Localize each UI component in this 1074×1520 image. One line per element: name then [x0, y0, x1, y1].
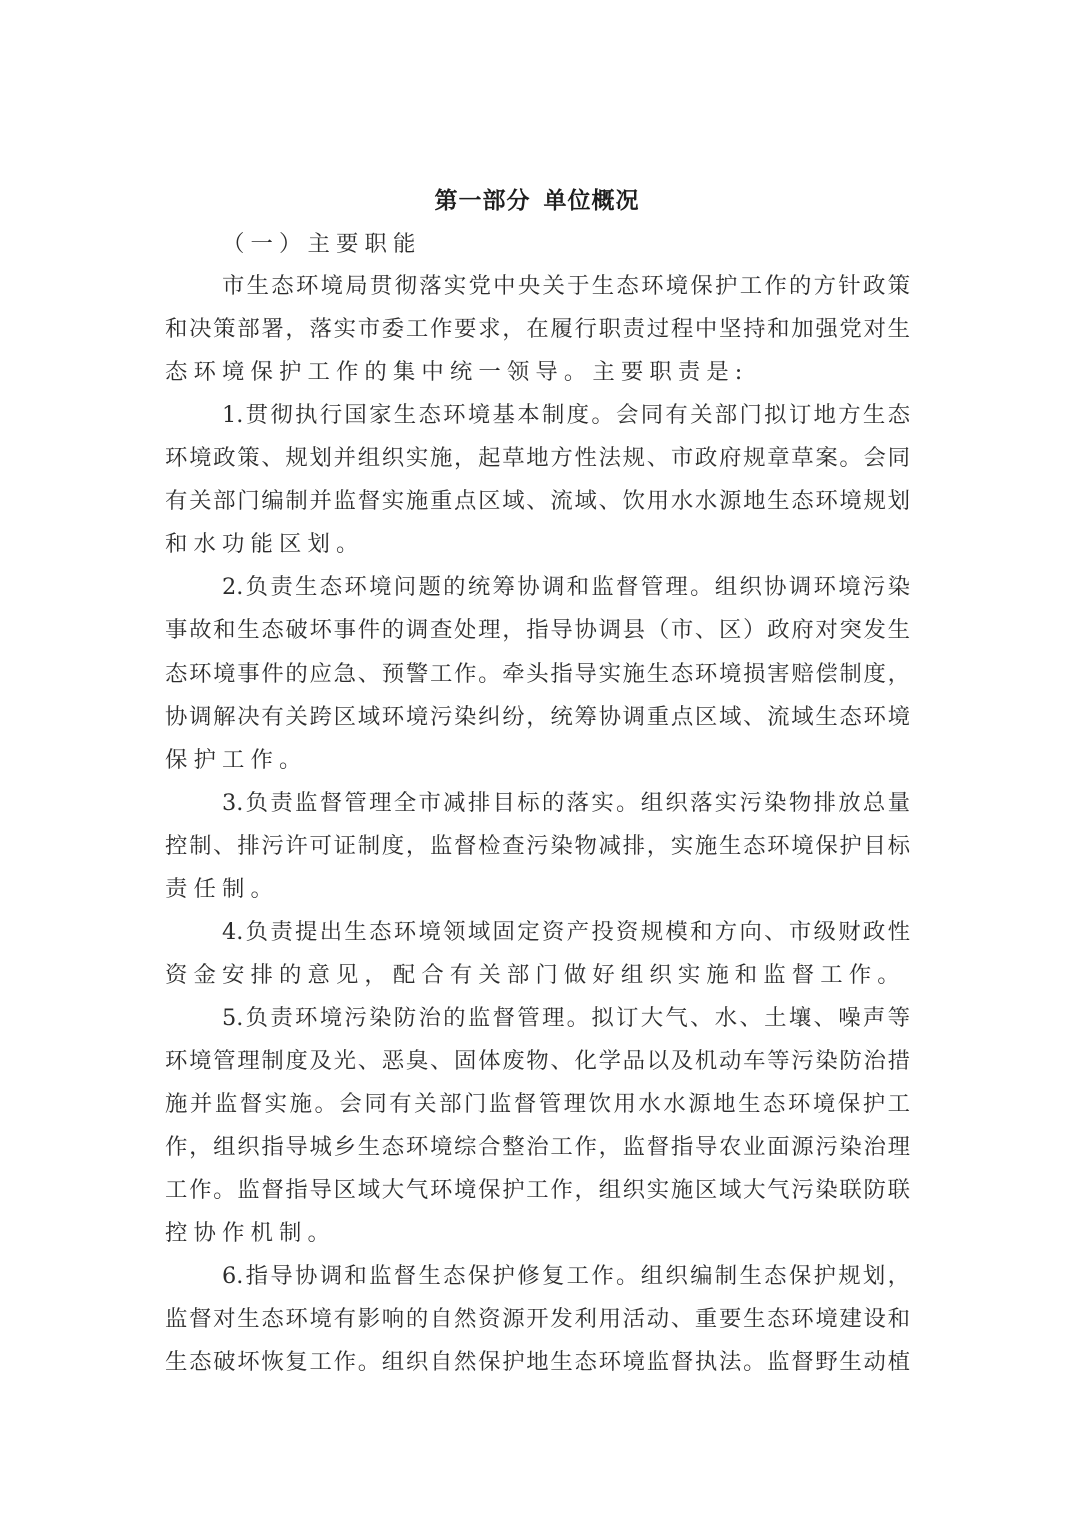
paragraph-line: 3.负责监督管理全市减排目标的落实。组织落实污染物排放总量 — [222, 785, 910, 821]
paragraph-line: 和水功能区划。 — [165, 526, 910, 562]
paragraph-line: 态环境事件的应急、预警工作。牵头指导实施生态环境损害赔偿制度， — [165, 656, 910, 692]
paragraph-line: 6.指导协调和监督生态保护修复工作。组织编制生态保护规划， — [222, 1258, 910, 1294]
paragraph-line: 态环境保护工作的集中统一领导。主要职责是: — [165, 354, 910, 390]
paragraph-line: 控协作机制。 — [165, 1215, 910, 1251]
paragraph-line: 5.负责环境污染防治的监督管理。拟订大气、水、土壤、噪声等 — [222, 1000, 910, 1036]
paragraph-line: 市生态环境局贯彻落实党中央关于生态环境保护工作的方针政策 — [222, 268, 910, 304]
paragraph-line: 和决策部署，落实市委工作要求，在履行职责过程中坚持和加强党对生 — [165, 311, 910, 347]
paragraph-line: 作，组织指导城乡生态环境综合整治工作，监督指导农业面源污染治理 — [165, 1129, 910, 1165]
paragraph-line: 4.负责提出生态环境领域固定资产投资规模和方向、市级财政性 — [222, 914, 910, 950]
paragraph-line: 环境政策、规划并组织实施，起草地方性法规、市政府规章草案。会同 — [165, 440, 910, 476]
document-page: 第一部分 单位概况 （一）主要职能 市生态环境局贯彻落实党中央关于生态环境保护工… — [0, 0, 1074, 1520]
section-heading: （一）主要职能 — [222, 226, 967, 262]
paragraph-line: 资金安排的意见，配合有关部门做好组织实施和监督工作。 — [165, 957, 910, 993]
paragraph-line: 工作。监督指导区域大气环境保护工作，组织实施区域大气污染联防联 — [165, 1172, 910, 1208]
paragraph-line: 保护工作。 — [165, 742, 910, 778]
page-title: 第一部分 单位概况 — [0, 182, 1074, 215]
paragraph-line: 有关部门编制并监督实施重点区域、流域、饮用水水源地生态环境规划 — [165, 483, 910, 519]
paragraph-line: 监督对生态环境有影响的自然资源开发利用活动、重要生态环境建设和 — [165, 1301, 910, 1337]
paragraph-line: 事故和生态破坏事件的调查处理，指导协调县（市、区）政府对突发生 — [165, 612, 910, 648]
paragraph-line: 生态破坏恢复工作。组织自然保护地生态环境监督执法。监督野生动植 — [165, 1344, 910, 1380]
paragraph-line: 控制、排污许可证制度，监督检查污染物减排，实施生态环境保护目标 — [165, 828, 910, 864]
paragraph-line: 1.贯彻执行国家生态环境基本制度。会同有关部门拟订地方生态 — [222, 397, 910, 433]
paragraph-line: 施并监督实施。会同有关部门监督管理饮用水水源地生态环境保护工 — [165, 1086, 910, 1122]
paragraph-line: 协调解决有关跨区域环境污染纠纷，统筹协调重点区域、流域生态环境 — [165, 699, 910, 735]
paragraph-line: 2.负责生态环境问题的统筹协调和监督管理。组织协调环境污染 — [222, 569, 910, 605]
paragraph-line: 环境管理制度及光、恶臭、固体废物、化学品以及机动车等污染防治措 — [165, 1043, 910, 1079]
paragraph-line: 责任制。 — [165, 871, 910, 907]
